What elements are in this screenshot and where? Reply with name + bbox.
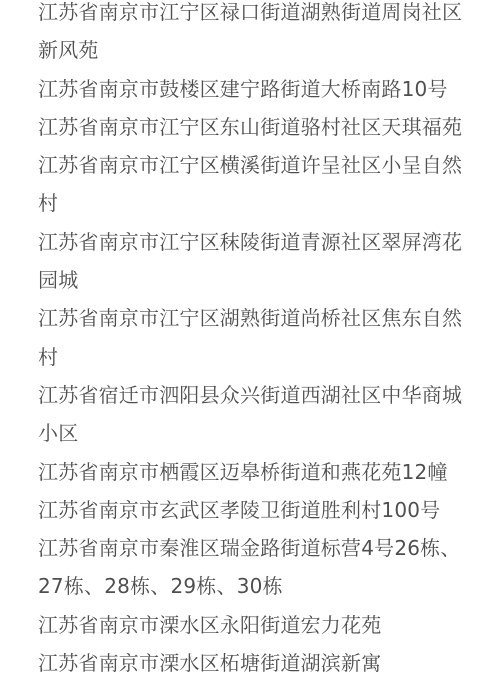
address-line: 江苏省南京市玄武区孝陵卫街道胜利村100号 [38,491,466,529]
address-line: 江苏省南京市溧水区永阳街道宏力花苑 [38,606,466,644]
address-list-page: 江苏省南京市江宁区禄口街道湖熟街道周岗社区新风苑 江苏省南京市鼓楼区建宁路街道大… [0,0,500,694]
address-line: 江苏省宿迁市泗阳县众兴街道西湖社区中华商城小区 [38,376,466,453]
address-line: 江苏省南京市江宁区秣陵街道青源社区翠屏湾花园城 [38,223,466,300]
address-line: 江苏省南京市江宁区湖熟街道尚桥社区焦东自然村 [38,299,466,376]
address-line: 江苏省南京市溧水区柘塘街道湖滨新寓 [38,644,466,682]
address-line: 江苏省南京市江宁区东山街道骆村社区天琪福苑 [38,108,466,146]
address-line: 江苏省南京市鼓楼区建宁路街道大桥南路10号 [38,70,466,108]
address-line: 江苏省南京市江宁区横溪街道许呈社区小呈自然村 [38,146,466,223]
address-line: 江苏省南京市江宁区禄口街道湖熟街道周岗社区新风苑 [38,0,466,70]
address-list: 江苏省南京市江宁区禄口街道湖熟街道周岗社区新风苑 江苏省南京市鼓楼区建宁路街道大… [0,0,466,682]
address-line: 江苏省南京市栖霞区迈皋桥街道和燕花苑12幢 [38,453,466,491]
address-line: 江苏省南京市秦淮区瑞金路街道标营4号26栋、27栋、28栋、29栋、30栋 [38,529,466,606]
